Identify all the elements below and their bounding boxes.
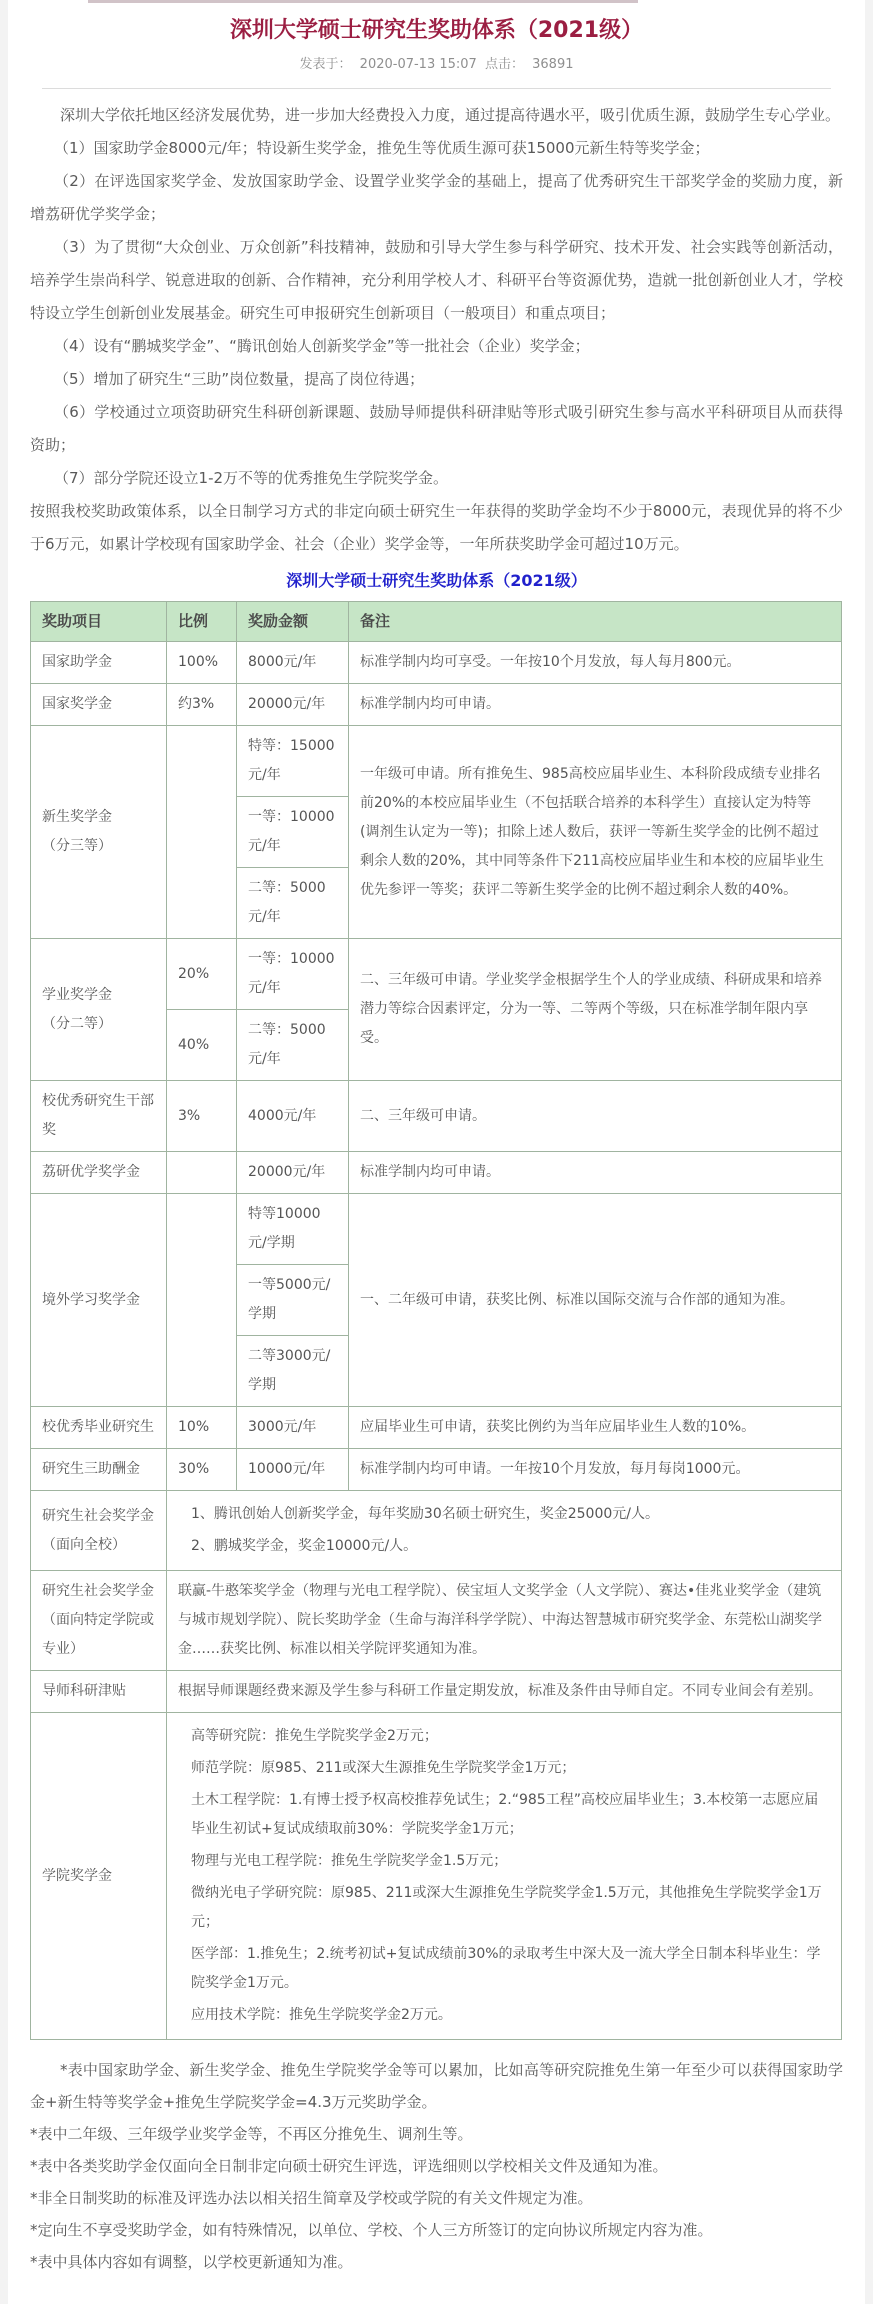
- row-outstanding-cadre-award: 校优秀研究生干部奖 3% 4000元/年 二、三年级可申请。: [31, 1081, 842, 1152]
- cell-merged-note: 高等研究院：推免生学院奖学金2万元； 师范学院：原985、211或深大生源推免生…: [167, 1713, 842, 2040]
- top-banner-remnant: [88, 0, 638, 3]
- cell-item: 境外学习奖学金: [31, 1194, 167, 1407]
- footnotes: *表中国家助学金、新生奖学金、推免生学院奖学金等可以累加，比如高等研究院推免生第…: [30, 2054, 843, 2278]
- cell-item: 学业奖学金 （分二等）: [31, 939, 167, 1081]
- cell-note: 标准学制内均可申请。: [349, 1152, 842, 1194]
- row-liyan-scholarship: 荔研优学奖学金 20000元/年 标准学制内均可申请。: [31, 1152, 842, 1194]
- scholarship-table: 奖助项目 比例 奖励金额 备注 国家助学金 100% 8000元/年 标准学制内…: [30, 601, 842, 2040]
- note-item: *非全日制奖助的标准及评选办法以相关招生简章及学校或学院的有关文件规定为准。: [30, 2182, 843, 2214]
- cell-note: 标准学制内均可申请。: [349, 684, 842, 726]
- cell-item: 研究生社会奖学金（面向全校）: [31, 1491, 167, 1571]
- article-body: 深圳大学依托地区经济发展优势，进一步加大经费投入力度，通过提高待遇水平，吸引优质…: [30, 99, 843, 561]
- cell-amount: 3000元/年: [237, 1407, 349, 1449]
- row-national-scholarship: 国家奖学金 约3% 20000元/年 标准学制内均可申请。: [31, 684, 842, 726]
- list-item-7: （7）部分学院还设立1-2万不等的优秀推免生学院奖学金。: [30, 462, 843, 495]
- cell-merged-note: 根据导师课题经费来源及学生参与科研工作量定期发放，标准及条件由导师自定。不同专业…: [167, 1671, 842, 1713]
- merged-line: 物理与光电工程学院：推免生学院奖学金1.5万元；: [191, 1847, 830, 1876]
- page-title: 深圳大学硕士研究生奖助体系（2021级）: [30, 0, 843, 47]
- header-cell-note: 备注: [349, 602, 842, 642]
- list-item-6: （6）学校通过立项资助研究生科研创新课题、鼓励导师提供科研津贴等形式吸引研究生参…: [30, 396, 843, 462]
- cell-amount-tier-1: 一等：10000元/年: [237, 939, 349, 1010]
- cell-ratio-tier-1: 20%: [167, 939, 237, 1010]
- row-college-scholarship: 学院奖学金 高等研究院：推免生学院奖学金2万元； 师范学院：原985、211或深…: [31, 1713, 842, 2040]
- cell-amount-tier-1: 一等5000元/学期: [237, 1265, 349, 1336]
- merged-line: 1、腾讯创始人创新奖学金，每年奖励30名硕士研究生，奖金25000元/人。: [191, 1500, 830, 1529]
- list-item-2: （2）在评选国家奖学金、发放国家助学金、设置学业奖学金的基础上，提高了优秀研究生…: [30, 165, 843, 231]
- cell-ratio: 100%: [167, 642, 237, 684]
- cell-ratio: 约3%: [167, 684, 237, 726]
- header-cell-amount: 奖励金额: [237, 602, 349, 642]
- list-item-1: （1）国家助学金8000元/年；特设新生奖学金，推免生等优质生源可获15000元…: [30, 132, 843, 165]
- note-item: *表中具体内容如有调整，以学校更新通知为准。: [30, 2246, 843, 2278]
- cell-amount-tier-2: 二等：5000元/年: [237, 868, 349, 939]
- table-header-row: 奖助项目 比例 奖励金额 备注: [31, 602, 842, 642]
- cell-note: 一、二年级可申请，获奖比例、标准以国际交流与合作部的通知为准。: [349, 1194, 842, 1407]
- row-social-scholarship-specific: 研究生社会奖学金（面向特定学院或专业） 联赢-牛憨笨奖学金（物理与光电工程学院）…: [31, 1571, 842, 1671]
- note-item: *表中国家助学金、新生奖学金、推免生学院奖学金等可以累加，比如高等研究院推免生第…: [30, 2054, 843, 2118]
- cell-item: 国家助学金: [31, 642, 167, 684]
- cell-merged-note: 1、腾讯创始人创新奖学金，每年奖励30名硕士研究生，奖金25000元/人。 2、…: [167, 1491, 842, 1571]
- cell-ratio: 30%: [167, 1449, 237, 1491]
- merged-line: 师范学院：原985、211或深大生源推免生学院奖学金1万元；: [191, 1754, 830, 1783]
- cell-amount: 20000元/年: [237, 1152, 349, 1194]
- cell-amount: 4000元/年: [237, 1081, 349, 1152]
- row-assistantship-pay: 研究生三助酬金 30% 10000元/年 标准学制内均可申请。一年按10个月发放…: [31, 1449, 842, 1491]
- merged-line: 医学部：1.推免生；2.统考初试+复试成绩前30%的录取考生中深大及一流大学全日…: [191, 1940, 830, 1998]
- cell-item: 学院奖学金: [31, 1713, 167, 2040]
- publish-date-value: 2020-07-13 15:07: [360, 57, 477, 72]
- cell-item: 校优秀研究生干部奖: [31, 1081, 167, 1152]
- cell-item: 荔研优学奖学金: [31, 1152, 167, 1194]
- header-cell-item: 奖助项目: [31, 602, 167, 642]
- list-item-3: （3）为了贯彻“大众创业、万众创新”科技精神，鼓励和引导大学生参与科学研究、技术…: [30, 231, 843, 330]
- cell-amount: 8000元/年: [237, 642, 349, 684]
- cell-note: 二、三年级可申请。学业奖学金根据学生个人的学业成绩、科研成果和培养潜力等综合因素…: [349, 939, 842, 1081]
- cell-note: 应届毕业生可申请，获奖比例约为当年应届毕业生人数的10%。: [349, 1407, 842, 1449]
- cell-item: 导师科研津贴: [31, 1671, 167, 1713]
- cell-amount: 20000元/年: [237, 684, 349, 726]
- cell-note: 标准学制内均可申请。一年按10个月发放，每月每岗1000元。: [349, 1449, 842, 1491]
- row-overseas-study-scholarship: 境外学习奖学金 特等10000元/学期 一、二年级可申请，获奖比例、标准以国际交…: [31, 1194, 842, 1265]
- list-item-4: （4）设有“鹏城奖学金”、“腾讯创始人创新奖学金”等一批社会（企业）奖学金；: [30, 330, 843, 363]
- cell-amount-tier-special: 特等：15000元/年: [237, 726, 349, 797]
- cell-ratio-empty: [167, 1194, 237, 1407]
- publish-date-label: 发表于：: [300, 57, 352, 72]
- cell-merged-note: 联赢-牛憨笨奖学金（物理与光电工程学院）、侯宝垣人文奖学金（人文学院）、赛达•佳…: [167, 1571, 842, 1671]
- merged-line: 应用技术学院：推免生学院奖学金2万元。: [191, 2001, 830, 2030]
- item-sub: （分二等）: [42, 1010, 155, 1039]
- item-sub: （分三等）: [42, 832, 155, 861]
- row-national-stipend: 国家助学金 100% 8000元/年 标准学制内均可享受。一年按10个月发放，每…: [31, 642, 842, 684]
- cell-ratio: 10%: [167, 1407, 237, 1449]
- cell-item: 研究生三助酬金: [31, 1449, 167, 1491]
- summary-paragraph: 按照我校奖助政策体系，以全日制学习方式的非定向硕士研究生一年获得的奖助学金均不少…: [30, 495, 843, 561]
- cell-item: 国家奖学金: [31, 684, 167, 726]
- table-title: 深圳大学硕士研究生奖助体系（2021级）: [30, 569, 843, 593]
- merged-line: 2、鹏城奖学金，奖金10000元/人。: [191, 1532, 830, 1561]
- cell-note: 一年级可申请。所有推免生、985高校应届毕业生、本科阶段成绩专业排名前20%的本…: [349, 726, 842, 939]
- row-academic-scholarship: 学业奖学金 （分二等） 20% 一等：10000元/年 二、三年级可申请。学业奖…: [31, 939, 842, 1010]
- cell-ratio-tier-2: 40%: [167, 1010, 237, 1081]
- cell-amount-tier-special: 特等10000元/学期: [237, 1194, 349, 1265]
- cell-amount-tier-1: 一等：10000元/年: [237, 797, 349, 868]
- cell-ratio-empty: [167, 1152, 237, 1194]
- row-supervisor-research-allowance: 导师科研津贴 根据导师课题经费来源及学生参与科研工作量定期发放，标准及条件由导师…: [31, 1671, 842, 1713]
- row-freshman-scholarship: 新生奖学金 （分三等） 特等：15000元/年 一年级可申请。所有推免生、985…: [31, 726, 842, 797]
- list-item-5: （5）增加了研究生“三助”岗位数量，提高了岗位待遇；: [30, 363, 843, 396]
- merged-line: 土木工程学院：1.有博士授予权高校推荐免试生；2.“985工程”高校应届毕业生；…: [191, 1786, 830, 1844]
- article-page: 深圳大学硕士研究生奖助体系（2021级） 发表于： 2020-07-13 15:…: [8, 0, 865, 2304]
- cell-note: 标准学制内均可享受。一年按10个月发放，每人每月800元。: [349, 642, 842, 684]
- view-count-label: 点击：: [485, 57, 524, 72]
- item-name: 学业奖学金: [42, 981, 155, 1010]
- view-count-value: 36891: [532, 57, 573, 72]
- cell-amount: 10000元/年: [237, 1449, 349, 1491]
- intro-paragraph: 深圳大学依托地区经济发展优势，进一步加大经费投入力度，通过提高待遇水平，吸引优质…: [30, 99, 843, 132]
- note-item: *表中各类奖助学金仅面向全日制非定向硕士研究生评选，评选细则以学校相关文件及通知…: [30, 2150, 843, 2182]
- cell-ratio-empty: [167, 726, 237, 939]
- header-cell-ratio: 比例: [167, 602, 237, 642]
- row-outstanding-graduate: 校优秀毕业研究生 10% 3000元/年 应届毕业生可申请，获奖比例约为当年应届…: [31, 1407, 842, 1449]
- merged-line: 微纳光电子学研究院：原985、211或深大生源推免生学院奖学金1.5万元，其他推…: [191, 1879, 830, 1937]
- cell-amount-tier-2: 二等3000元/学期: [237, 1336, 349, 1407]
- publish-meta: 发表于： 2020-07-13 15:07 点击： 36891: [30, 56, 843, 74]
- merged-line: 高等研究院：推免生学院奖学金2万元；: [191, 1722, 830, 1751]
- cell-item: 研究生社会奖学金（面向特定学院或专业）: [31, 1571, 167, 1671]
- cell-ratio: 3%: [167, 1081, 237, 1152]
- cell-item: 新生奖学金 （分三等）: [31, 726, 167, 939]
- cell-item: 校优秀毕业研究生: [31, 1407, 167, 1449]
- cell-note: 二、三年级可申请。: [349, 1081, 842, 1152]
- note-item: *表中二年级、三年级学业奖学金等，不再区分推免生、调剂生等。: [30, 2118, 843, 2150]
- note-item: *定向生不享受奖助学金，如有特殊情况，以单位、学校、个人三方所签订的定向协议所规…: [30, 2214, 843, 2246]
- divider: [42, 88, 831, 89]
- item-name: 新生奖学金: [42, 803, 155, 832]
- cell-amount-tier-2: 二等：5000元/年: [237, 1010, 349, 1081]
- row-social-scholarship-campus: 研究生社会奖学金（面向全校） 1、腾讯创始人创新奖学金，每年奖励30名硕士研究生…: [31, 1491, 842, 1571]
